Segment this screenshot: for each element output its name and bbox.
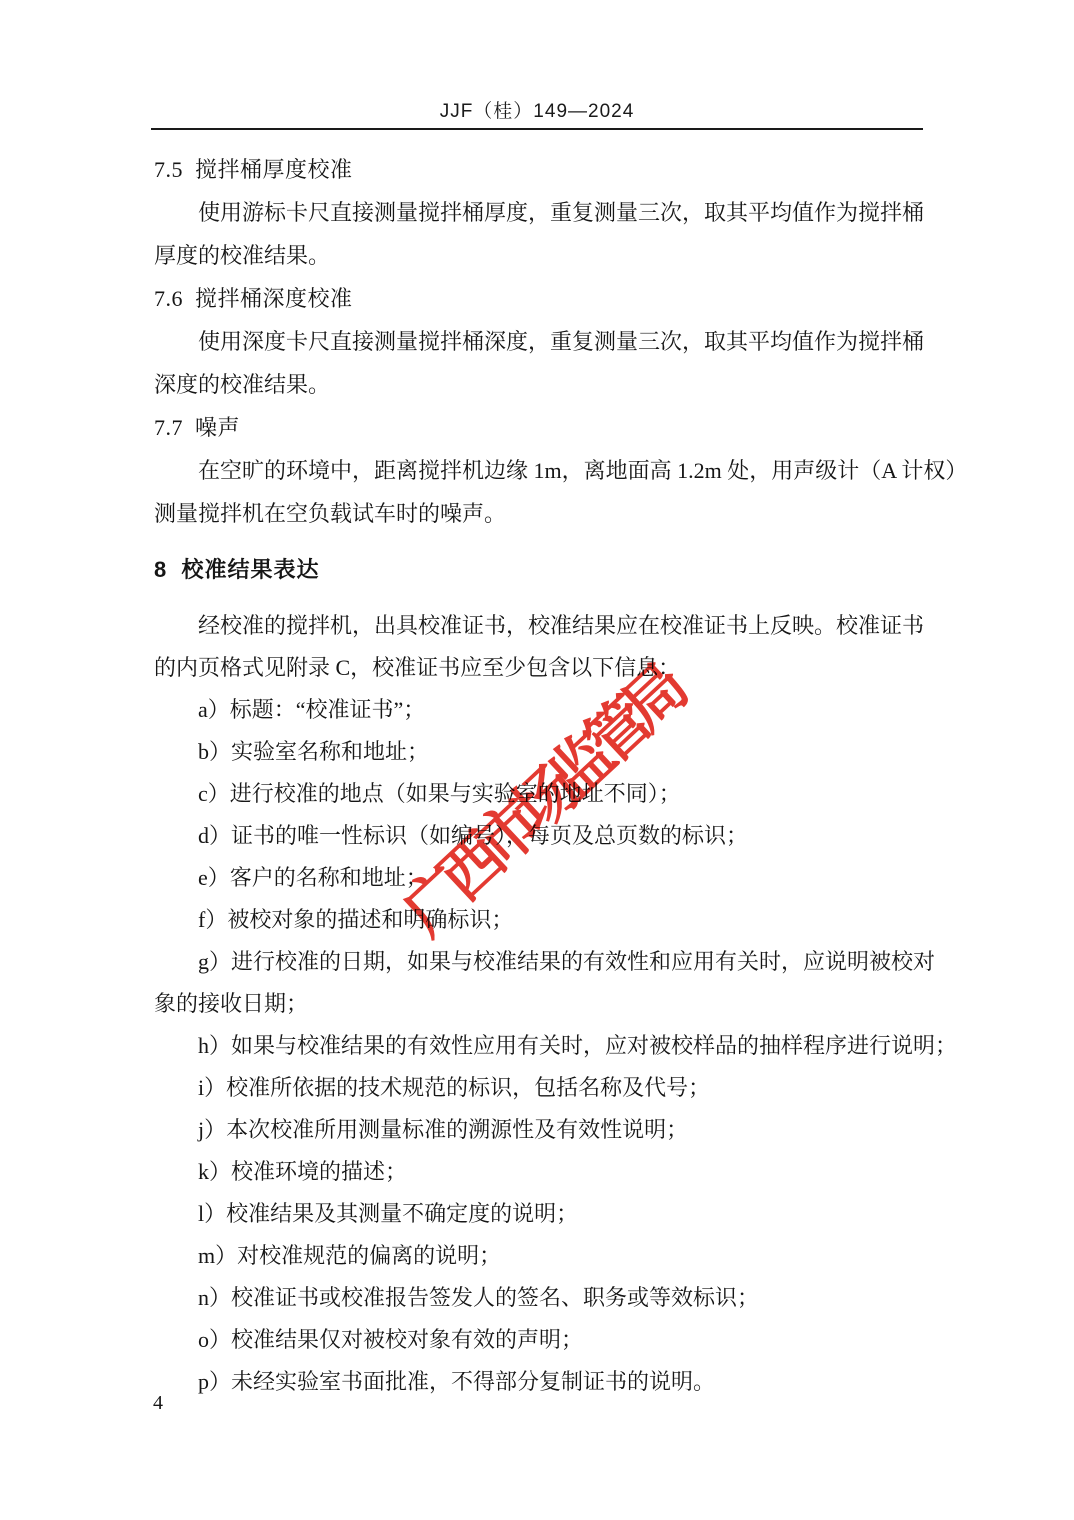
text-line: j）本次校准所用测量标准的溯源性及有效性说明；: [154, 1109, 926, 1151]
text-line: a）标题：“校准证书”；: [154, 689, 926, 731]
text-line: k）校准环境的描述；: [154, 1151, 926, 1193]
text-line: m）对校准规范的偏离的说明；: [154, 1235, 926, 1277]
text-line: 使用游标卡尺直接测量搅拌桶厚度，重复测量三次，取其平均值作为搅拌桶: [154, 191, 926, 234]
text-line: 8 校准结果表达: [154, 548, 926, 591]
text-line: 的内页格式见附录 C，校准证书应至少包含以下信息：: [154, 647, 926, 689]
list-item: o）校准结果仅对被校对象有效的声明；: [154, 1319, 926, 1361]
section-heading: 7.7 噪声: [154, 406, 926, 449]
text-line: p）未经实验室书面批准，不得部分复制证书的说明。: [154, 1361, 926, 1403]
paragraph: 使用游标卡尺直接测量搅拌桶厚度，重复测量三次，取其平均值作为搅拌桶厚度的校准结果…: [154, 191, 926, 277]
paragraph: 在空旷的环境中，距离搅拌机边缘 1m，离地面高 1.2m 处，用声级计（A 计权…: [154, 449, 926, 535]
text-line: 经校准的搅拌机，出具校准证书，校准结果应在校准证书上反映。校准证书: [154, 605, 926, 647]
text-line: n）校准证书或校准报告签发人的签名、职务或等效标识；: [154, 1277, 926, 1319]
text-line: 测量搅拌机在空负载试车时的噪声。: [154, 492, 926, 535]
document-page: JJF（桂）149—2024 7.5 搅拌桶厚度校准使用游标卡尺直接测量搅拌桶厚…: [0, 0, 1074, 1520]
text-line: g）进行校准的日期，如果与校准结果的有效性和应用有关时，应说明被校对: [154, 941, 926, 983]
section-heading: 7.6 搅拌桶深度校准: [154, 277, 926, 320]
list-item: h）如果与校准结果的有效性应用有关时，应对被校样品的抽样程序进行说明；: [154, 1025, 926, 1067]
text-line: 7.6 搅拌桶深度校准: [154, 277, 926, 320]
list-item: l）校准结果及其测量不确定度的说明；: [154, 1193, 926, 1235]
paragraph: 经校准的搅拌机，出具校准证书，校准结果应在校准证书上反映。校准证书的内页格式见附…: [154, 605, 926, 689]
list-item: f）被校对象的描述和明确标识；: [154, 899, 926, 941]
page-number: 4: [153, 1390, 163, 1416]
text-line: 象的接收日期；: [154, 983, 926, 1025]
document-body: 7.5 搅拌桶厚度校准使用游标卡尺直接测量搅拌桶厚度，重复测量三次，取其平均值作…: [154, 148, 926, 1403]
list-item: m）对校准规范的偏离的说明；: [154, 1235, 926, 1277]
list-item: c）进行校准的地点（如果与实验室的地址不同）；: [154, 773, 926, 815]
list-item: g）进行校准的日期，如果与校准结果的有效性和应用有关时，应说明被校对象的接收日期…: [154, 941, 926, 1025]
section-heading: 8 校准结果表达: [154, 548, 926, 591]
text-line: o）校准结果仅对被校对象有效的声明；: [154, 1319, 926, 1361]
text-line: i）校准所依据的技术规范的标识，包括名称及代号；: [154, 1067, 926, 1109]
text-line: l）校准结果及其测量不确定度的说明；: [154, 1193, 926, 1235]
header-rule: [151, 128, 923, 130]
text-line: h）如果与校准结果的有效性应用有关时，应对被校样品的抽样程序进行说明；: [154, 1025, 926, 1067]
text-line: f）被校对象的描述和明确标识；: [154, 899, 926, 941]
list-item: e）客户的名称和地址；: [154, 857, 926, 899]
text-line: 厚度的校准结果。: [154, 234, 926, 277]
list-item: d）证书的唯一性标识（如编号），每页及总页数的标识；: [154, 815, 926, 857]
list-item: j）本次校准所用测量标准的溯源性及有效性说明；: [154, 1109, 926, 1151]
text-line: 7.5 搅拌桶厚度校准: [154, 148, 926, 191]
text-line: 在空旷的环境中，距离搅拌机边缘 1m，离地面高 1.2m 处，用声级计（A 计权…: [154, 449, 926, 492]
list-item: k）校准环境的描述；: [154, 1151, 926, 1193]
paragraph: 使用深度卡尺直接测量搅拌桶深度，重复测量三次，取其平均值作为搅拌桶深度的校准结果…: [154, 320, 926, 406]
list-item: p）未经实验室书面批准，不得部分复制证书的说明。: [154, 1361, 926, 1403]
text-line: 使用深度卡尺直接测量搅拌桶深度，重复测量三次，取其平均值作为搅拌桶: [154, 320, 926, 363]
section-heading: 7.5 搅拌桶厚度校准: [154, 148, 926, 191]
text-line: b）实验室名称和地址；: [154, 731, 926, 773]
text-line: c）进行校准的地点（如果与实验室的地址不同）；: [154, 773, 926, 815]
text-line: e）客户的名称和地址；: [154, 857, 926, 899]
text-line: d）证书的唯一性标识（如编号），每页及总页数的标识；: [154, 815, 926, 857]
text-line: 7.7 噪声: [154, 406, 926, 449]
text-line: 深度的校准结果。: [154, 363, 926, 406]
list-item: b）实验室名称和地址；: [154, 731, 926, 773]
list-item: a）标题：“校准证书”；: [154, 689, 926, 731]
list-item: n）校准证书或校准报告签发人的签名、职务或等效标识；: [154, 1277, 926, 1319]
page-header-title: JJF（桂）149—2024: [0, 100, 1074, 124]
list-item: i）校准所依据的技术规范的标识，包括名称及代号；: [154, 1067, 926, 1109]
